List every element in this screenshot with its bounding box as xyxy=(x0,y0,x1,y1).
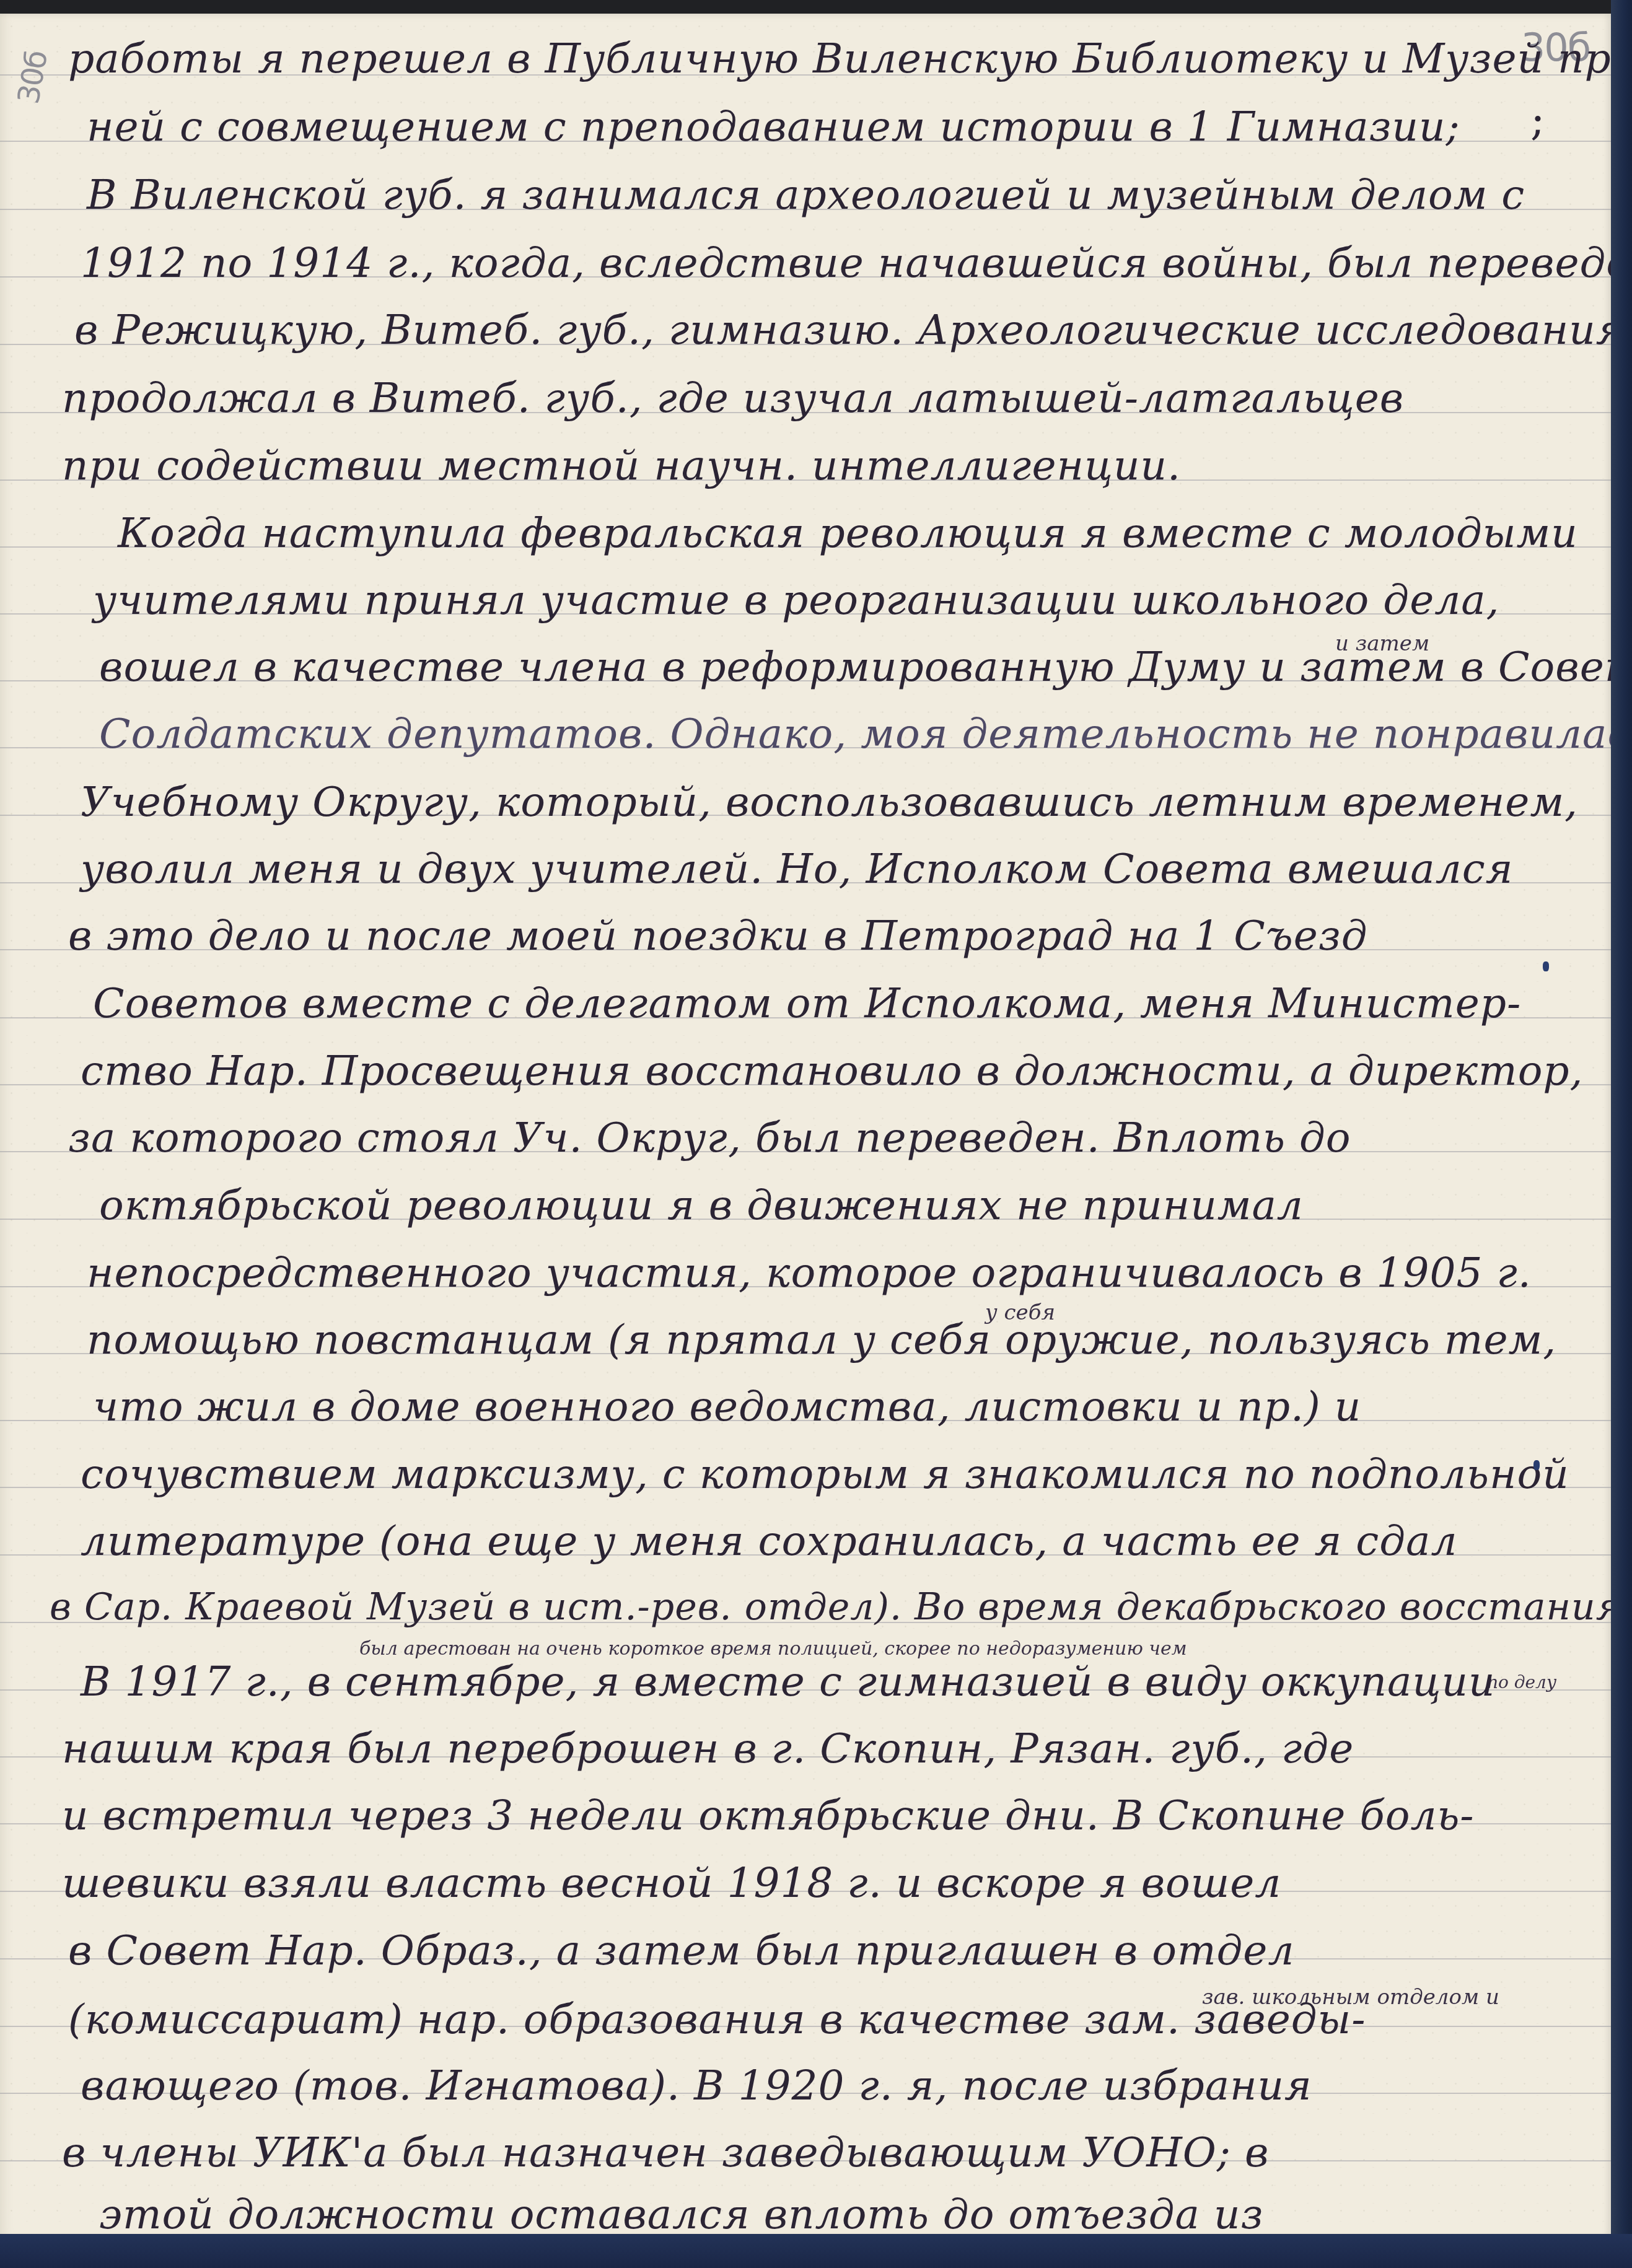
manuscript-line: ство Нар. Просвещения восстановило в дол… xyxy=(81,1051,1584,1092)
manuscript-line: учителями принял участие в реорганизации… xyxy=(93,580,1500,621)
semicolon-mark: ; xyxy=(1530,94,1545,145)
scan-top-edge xyxy=(0,0,1632,14)
manuscript-line: в Режицкую, Витеб. губ., гимназию. Архео… xyxy=(74,310,1623,351)
manuscript-line: ней с совмещением с преподаванием истори… xyxy=(87,107,1460,147)
manuscript-page: 30б 30б работы я перешел в Публичную Вил… xyxy=(0,14,1611,2238)
manuscript-line: уволил меня и двух учителей. Но, Исполко… xyxy=(81,849,1513,890)
manuscript-line: в это дело и после моей поездки в Петрог… xyxy=(68,916,1368,957)
manuscript-line: литературе (она еще у меня сохранилась, … xyxy=(81,1521,1457,1562)
book-binding-edge xyxy=(1611,0,1632,2268)
manuscript-line: В Виленской губ. я занимался археологией… xyxy=(87,175,1525,216)
manuscript-line: нашим края был переброшен в г. Скопин, Р… xyxy=(62,1728,1354,1769)
manuscript-line: непосредственного участия, которое огран… xyxy=(87,1253,1532,1294)
manuscript-line: сочувствием марксизму, с которым я знако… xyxy=(81,1454,1569,1495)
manuscript-line: помощью повстанцам (я прятал у себя оруж… xyxy=(87,1320,1556,1360)
interlinear-insertion: был арестован на очень короткое время по… xyxy=(359,1640,1187,1658)
manuscript-line: что жил в доме военного ведомства, листо… xyxy=(93,1386,1361,1427)
manuscript-line: (комиссариат) нар. образования в качеств… xyxy=(68,1999,1366,2040)
manuscript-line: этой должности оставался вплоть до отъез… xyxy=(99,2194,1263,2235)
manuscript-line: при содействии местной научн. интеллиген… xyxy=(62,445,1181,486)
manuscript-line: В 1917 г., в сентябре, я вместе с гимназ… xyxy=(81,1662,1495,1702)
manuscript-line: за которого стоял Уч. Округ, был перевед… xyxy=(68,1118,1351,1158)
folio-number-left: 30б xyxy=(11,49,55,107)
manuscript-line: и встретил через 3 недели октябрьские дн… xyxy=(62,1795,1475,1836)
manuscript-line: в Совет Нар. Образ., а затем был приглаш… xyxy=(68,1930,1294,1971)
manuscript-line: в члены УИК'а был назначен заведывающим … xyxy=(62,2132,1269,2173)
manuscript-line: Когда наступила февральская революция я … xyxy=(118,513,1578,554)
manuscript-line: в Сар. Краевой Музей в ист.-рев. отдел).… xyxy=(50,1588,1632,1626)
interlinear-insertion: по делу xyxy=(1487,1674,1556,1691)
ink-blot xyxy=(1533,1460,1540,1470)
manuscript-line: вошел в качестве члена в реформированную… xyxy=(99,647,1632,688)
manuscript-line: продолжал в Витеб. губ., где изучал латы… xyxy=(62,378,1404,419)
manuscript-line: Солдатских депутатов. Однако, моя деятел… xyxy=(99,714,1632,755)
manuscript-line: 1912 по 1914 г., когда, вследствие начав… xyxy=(81,243,1632,284)
manuscript-line: октябрьской революции я в движениях не п… xyxy=(99,1185,1304,1226)
ink-blot xyxy=(1543,961,1549,971)
book-cover-bottom xyxy=(0,2234,1632,2268)
manuscript-line: шевики взяли власть весной 1918 г. и вск… xyxy=(62,1863,1281,1904)
manuscript-line: работы я перешел в Публичную Виленскую Б… xyxy=(68,38,1632,79)
manuscript-line: Советов вместе с делегатом от Исполкома,… xyxy=(93,983,1521,1024)
manuscript-line: Учебному Округу, который, воспользовавши… xyxy=(81,782,1578,823)
manuscript-line: вающего (тов. Игнатова). В 1920 г. я, по… xyxy=(81,2065,1312,2106)
